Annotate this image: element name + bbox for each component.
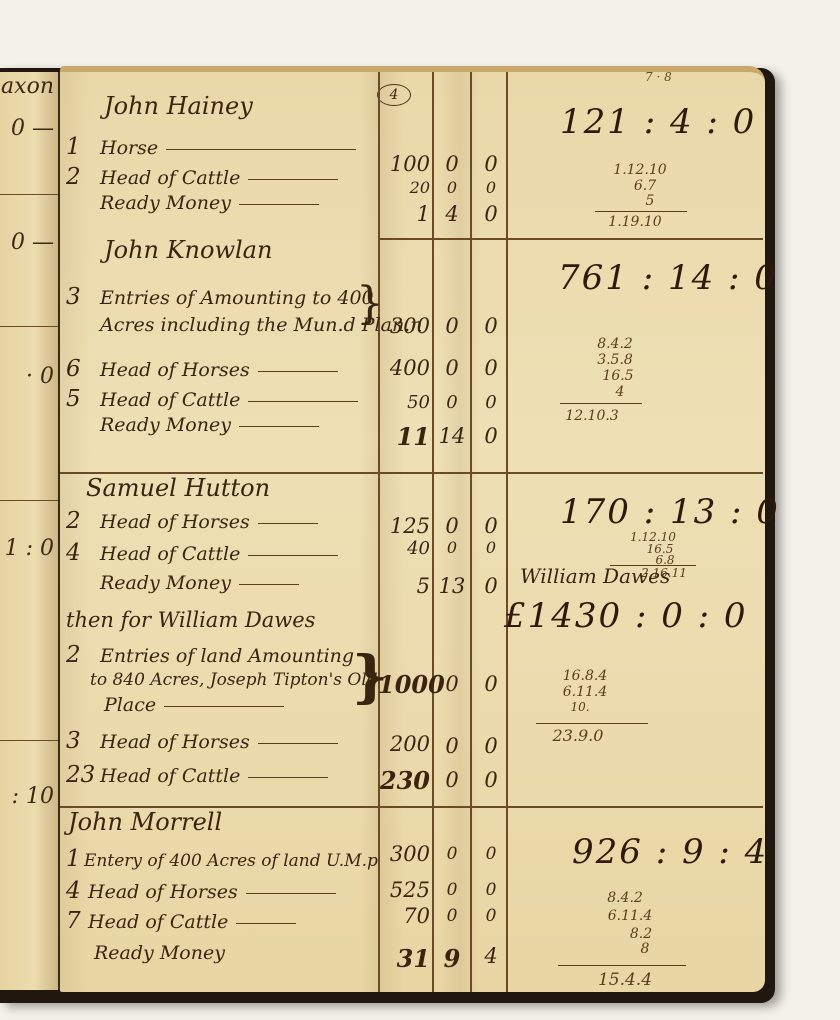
entry-total: 926 : 9 : 4 [572,832,768,872]
left-fragment-text: : 10 [12,784,54,809]
section-separator [378,238,763,240]
amount-pence: 0 [472,178,510,197]
left-fragment-text: 0 — [11,116,54,141]
amount-shillings: 0 [432,392,472,413]
amount-shillings: 0 [432,514,472,538]
left-fragment-text: 0 — [11,230,54,255]
calc-line: 3.5.8 [580,352,650,368]
amount-shillings: 0 [432,178,472,197]
page-number-circled: 4 [377,84,411,106]
amount-shillings: 0 [432,152,472,176]
amount-pence: 0 [472,880,510,900]
calc-line: 16.8.4 [550,668,620,684]
calc-result: 1.19.10 [595,214,675,230]
amount-pounds: 31 [378,944,430,973]
amount-shillings: 0 [432,356,472,380]
left-rule-line [0,326,58,327]
calc-sum-rule [558,965,686,966]
amount-pence: 0 [472,392,510,413]
calc-sum-rule [536,723,648,724]
calc-line: 8 [630,941,660,957]
amount-shillings: 0 [432,538,472,557]
amount-pence: 0 [472,202,510,226]
amount-shillings: 0 [432,734,472,758]
amount-shillings: 0 [432,844,472,864]
calc-line: 8.4.2 [580,336,650,352]
amount-pounds: 11 [378,422,430,451]
left-facing-page: Saxon 0 — 0 — · 0 1 : 0 : 10 [0,72,60,990]
entry-name: John Knowlan [104,236,272,264]
amount-pounds: 50 [378,392,430,413]
calc-line: 1.12.10 [600,162,680,178]
entry-total: 121 : 4 : 0 [560,102,756,142]
left-fragment-text: Saxon [0,74,54,99]
calc-line: 4 [600,384,640,400]
amount-pence: 0 [472,906,510,926]
calc-result: 15.4.4 [580,970,670,990]
entry-item-line: Ready Money [94,942,225,964]
ledger-page: 7 · 8 4 John Hainey 1Horse 2Head of Catt… [60,66,765,992]
calc-line: 8.4.2 [590,890,660,906]
amount-shillings: 14 [432,424,472,448]
calc-line: 6.11.4 [550,684,620,700]
amount-pence: 0 [472,844,510,864]
amount-pence: 0 [472,574,510,598]
calc-line: 6.11.4 [590,908,670,924]
left-rule-line [0,194,58,195]
entry-item-line: 7Head of Cattle [66,908,296,934]
entry-item-line: 3Entries of Amounting to 400 [66,284,374,310]
amount-shillings: 0 [432,314,472,338]
calc-line: 16.5 [588,368,648,384]
calc-line: 6.7 [610,178,680,194]
entry-item-line: Place [104,694,284,716]
entry-total: 761 : 14 : 0 [558,258,778,298]
entry-name: Samuel Hutton [86,474,270,502]
amount-pence: 0 [472,152,510,176]
amount-pounds: 300 [378,314,430,338]
entry-item-line: 5Head of Cattle [66,386,358,412]
entry-item-line: Ready Money [66,192,319,214]
amount-pounds: 1000 [378,670,430,699]
amount-pounds: 525 [378,878,430,902]
amount-pence: 0 [472,424,510,448]
amount-shillings: 0 [432,880,472,900]
entry-name: John Hainey [104,92,253,120]
amount-pence: 0 [472,768,510,792]
entry-item-line: to 840 Acres, Joseph Tipton's Old [90,670,378,690]
side-name-note: William Dawes [520,564,670,588]
entry-name: then for William Dawes [66,608,315,632]
calc-line: 10. [560,700,600,714]
calc-line: 8.2 [616,926,666,942]
amount-pounds: 400 [378,356,430,380]
entry-item-line: 2Entries of land Amounting [66,642,354,668]
entry-item-line: 1Entery of 400 Acres of land U.M.p [66,846,378,872]
calc-result: 12.10.3 [560,408,624,424]
amount-shillings: 0 [432,672,472,696]
top-margin-scrawl: 7 · 8 [645,70,672,84]
entry-item-line: Ready Money [66,414,319,436]
amount-pence: 0 [472,672,510,696]
calc-result: 23.9.0 [538,726,618,745]
amount-shillings: 0 [432,768,472,792]
entry-item-line: 6Head of Horses [66,356,338,382]
left-fragment-text: · 0 [26,364,54,389]
amount-pence: 0 [472,538,510,557]
entry-item-line: 2Head of Horses [66,508,318,534]
entry-total: 170 : 13 : 0 [560,492,780,532]
entry-item-line: 23Head of Cattle [66,762,328,788]
amount-pounds: 5 [378,574,430,598]
amount-shillings: 4 [432,202,472,226]
entry-name: John Morrell [68,808,222,836]
amount-pounds: 40 [378,538,430,559]
calc-sum-rule [595,211,687,212]
amount-pounds: 230 [378,766,430,795]
entry-item-line: 2Head of Cattle [66,164,338,190]
amount-pounds: 300 [378,842,430,866]
entry-total: £1430 : 0 : 0 [504,596,748,636]
entry-item-line: 3Head of Horses [66,728,338,754]
calc-sum-rule [560,403,642,404]
amount-pounds: 20 [378,178,430,197]
calc-line: 5 [620,193,680,209]
amount-pence: 0 [472,514,510,538]
entry-item-line: 4Head of Cattle [66,540,338,566]
left-rule-line [0,500,58,501]
amount-pence: 0 [472,734,510,758]
amount-pence: 0 [472,356,510,380]
amount-pounds: 70 [378,904,430,928]
left-rule-line [0,740,58,741]
amount-pence: 0 [472,314,510,338]
entry-item-line: Ready Money [66,572,299,594]
amount-pence: 4 [472,944,510,968]
amount-shillings: 0 [432,906,472,926]
left-fragment-text: 1 : 0 [5,536,54,561]
amount-shillings: 13 [432,574,472,598]
amount-pounds: 200 [378,732,430,756]
entry-item-line: 4Head of Horses [66,878,336,904]
entry-item-line: 1Horse [66,134,356,160]
amount-pounds: 1 [378,202,430,226]
amount-pounds: 100 [378,152,430,176]
amount-pounds: 125 [378,514,430,538]
amount-shillings: 9 [432,944,472,973]
